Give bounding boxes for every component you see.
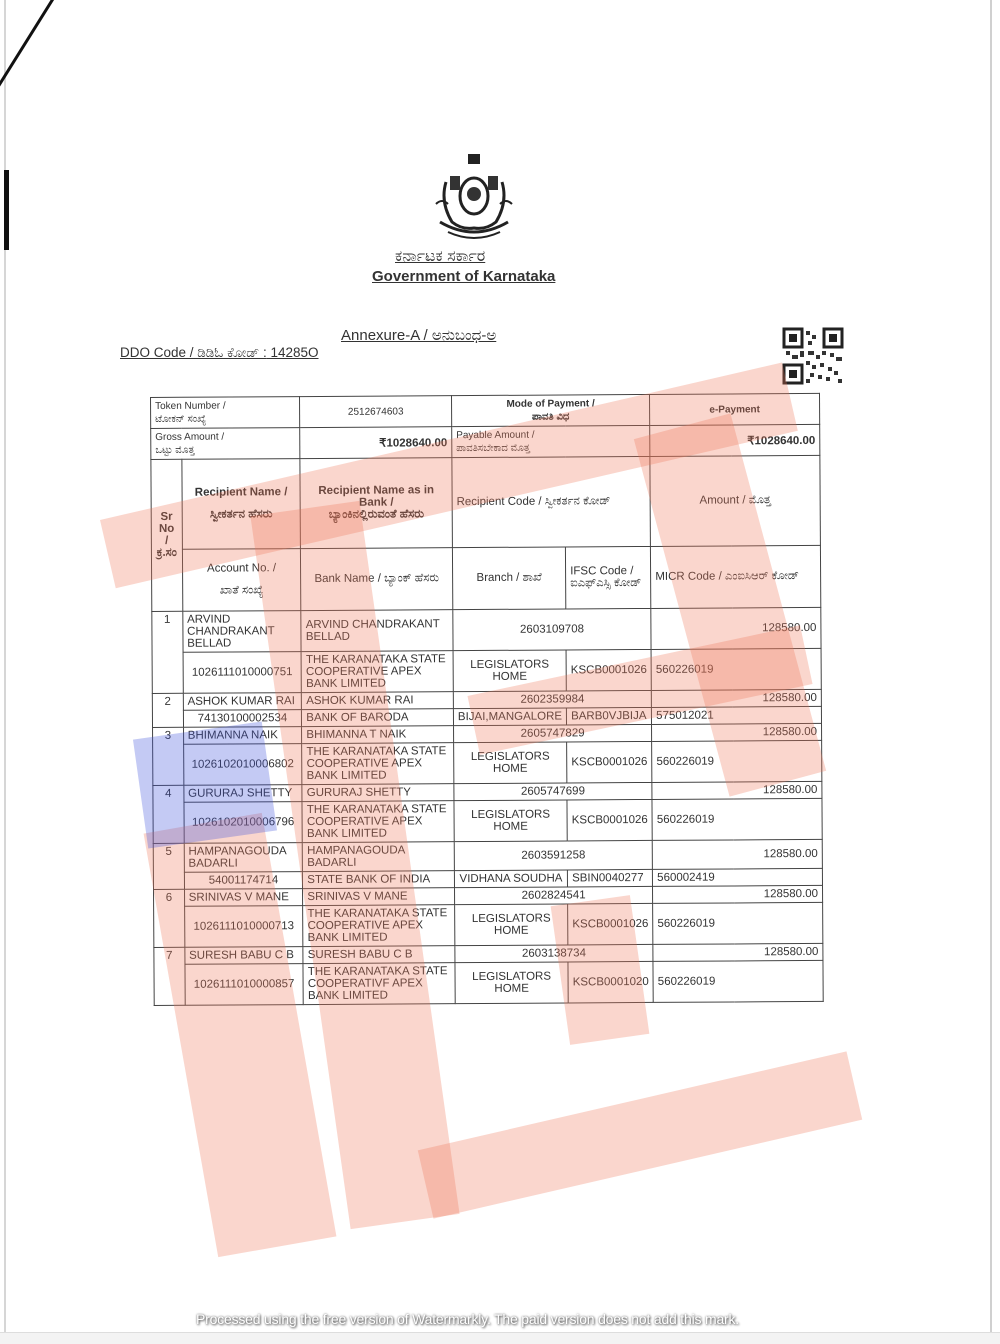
- gross-row: Gross Amount / ಒಟ್ಟು ಮೊತ್ತ ₹1028640.00 P…: [151, 424, 820, 459]
- name-in-bank: BHIMANNA T NAIK: [302, 726, 454, 744]
- branch: LEGISLATORS HOME: [453, 650, 566, 692]
- token-label-kn: ಟೋಕನ್ ಸಂಖ್ಯೆ: [155, 412, 295, 426]
- recipient-name: SRINIVAS V MANE: [184, 889, 303, 907]
- col-bank-name: Bank Name / ಬ್ಯಾಂಕ್ ಹೆಸರು: [301, 548, 453, 611]
- amount: 128580.00: [652, 723, 822, 741]
- micr-code: 560226019: [652, 740, 822, 782]
- ddo-code-value: 14285O: [270, 345, 318, 360]
- sr-no: 7: [154, 947, 185, 1005]
- payable-value: ₹1028640.00: [650, 424, 820, 456]
- bank-name: BANK OF BARODA: [302, 709, 454, 727]
- token-label: Token Number / ಟೋಕನ್ ಸಂಖ್ಯೆ: [151, 397, 301, 429]
- recipient-bank-row: 1026111010000713 THE KARANATAKA STATE CO…: [154, 902, 823, 947]
- recipient-name: SURESH BABU C B: [185, 947, 304, 965]
- account-no: 74130100002534: [183, 710, 302, 728]
- mode-label-kn: ಪಾವತಿ ವಿಧ: [456, 410, 645, 424]
- ddo-code: DDO Code / ಡಿಡಿಓ ಕೋಡ್ : 14285O: [120, 345, 319, 361]
- sr-no: 4: [153, 785, 184, 843]
- gross-label-en: Gross Amount /: [155, 430, 295, 444]
- mode-label: Mode of Payment / ಪಾವತಿ ವಿಧ: [451, 394, 649, 426]
- recipient-row: 5 HAMPANAGOUDA BADARLI HAMPANAGOUDA BADA…: [153, 839, 822, 872]
- branch: BIJAI,MANGALORE: [453, 708, 566, 726]
- government-title-kannada: ಕರ್ನಾಟಕ ಸರ್ಕಾರ: [395, 248, 485, 266]
- scan-fold-mark: [4, 170, 9, 250]
- col-recipient-code: Recipient Code / ಸ್ವೀಕರ್ತನ ಕೋಡ್: [452, 456, 651, 547]
- col-sr-no-sep: /: [156, 535, 178, 547]
- col-sr-no-en: Sr No: [156, 511, 178, 535]
- watermark-notice: Processed using the free version of Wate…: [196, 1311, 739, 1327]
- token-value: 2512674603: [300, 396, 452, 428]
- branch: LEGISLATORS HOME: [454, 800, 567, 842]
- account-no: 1026111010000713: [184, 906, 303, 948]
- viewer-bottom-bar: [0, 1332, 1000, 1344]
- amount: 128580.00: [652, 839, 822, 869]
- col-account-no: Account No. / ಖಾತೆ ಸಂಖ್ಯೆ: [182, 549, 301, 612]
- recipient-rows: 1 ARVIND CHANDRAKANT BELLAD ARVIND CHAND…: [152, 607, 823, 1005]
- gross-label-kn: ಒಟ್ಟು ಮೊತ್ತ: [155, 443, 295, 457]
- bank-name: THE KARANATAKA STATE COOPERATIVE APEX BA…: [301, 651, 453, 693]
- recipient-bank-row: 1026111010000751 THE KARANATAKA STATE CO…: [152, 648, 821, 693]
- col-recipient-name: Recipient Name / ಸ್ವೀಕರ್ತನ ಹೆಸರು: [182, 459, 301, 550]
- recipient-code: 2605747829: [453, 724, 651, 742]
- amount: 128580.00: [653, 943, 823, 961]
- account-no: 1026102010006796: [184, 802, 303, 844]
- micr-code: 560226019: [653, 902, 823, 944]
- bank-name: THE KARANATAKA STATE COOPERATIVE APEX BA…: [302, 743, 454, 785]
- account-no: 1026111010000857: [185, 964, 304, 1006]
- recipient-code: 2603109708: [453, 608, 652, 650]
- col-account-no-en: Account No. /: [187, 562, 297, 575]
- ifsc-code: KSCB0001020: [568, 961, 653, 1003]
- annexure-title: Annexure-A / ಅನುಬಂಧ-ಅ: [341, 327, 496, 344]
- sr-no: 3: [153, 727, 184, 785]
- qr-code-icon: [782, 327, 846, 385]
- micr-code: 560226019: [653, 960, 823, 1002]
- column-header-row-2: Account No. / ಖಾತೆ ಸಂಖ್ಯೆ Bank Name / ಬ್…: [151, 545, 820, 611]
- recipient-name: GURURAJ SHETTY: [184, 785, 303, 803]
- recipient-bank-row: 1026102010006802 THE KARANATAKA STATE CO…: [153, 740, 822, 785]
- col-name-in-bank: Recipient Name as in Bank / ಬ್ಯಾಂಕಿನಲ್ಲಿ…: [300, 458, 452, 549]
- highlight-stripe: [418, 1051, 862, 1218]
- recipient-code: 2603138734: [455, 944, 653, 962]
- account-no: 1026102010006802: [183, 744, 302, 786]
- col-branch: Branch / ಶಾಖೆ: [452, 547, 566, 610]
- micr-code: 575012021: [652, 706, 822, 724]
- recipient-code: 2603591258: [454, 840, 652, 870]
- page-edge-right: [990, 0, 992, 1344]
- bank-name: STATE BANK OF INDIA: [303, 871, 455, 889]
- recipient-row: 1 ARVIND CHANDRAKANT BELLAD ARVIND CHAND…: [152, 607, 821, 652]
- branch: LEGISLATORS HOME: [454, 742, 567, 784]
- col-ifsc: IFSC Code / ಐಎಫ್ಎಸ್ಸಿ ಕೋಡ್: [566, 546, 651, 609]
- col-amount: Amount / ಮೊತ್ತ: [650, 455, 820, 546]
- payable-label-en: Payable Amount /: [456, 428, 645, 442]
- payment-annexure-table: Token Number / ಟೋಕನ್ ಸಂಖ್ಯೆ 2512674603 M…: [150, 393, 824, 1006]
- recipient-code: 2605747699: [454, 782, 652, 800]
- branch: LEGISLATORS HOME: [455, 962, 568, 1004]
- sr-no: 2: [152, 693, 183, 727]
- col-sr-no: Sr No / ಕ್ರ.ಸಂ: [151, 459, 183, 611]
- name-in-bank: ASHOK KUMAR RAI: [302, 692, 454, 710]
- name-in-bank: ARVIND CHANDRAKANT BELLAD: [301, 610, 453, 652]
- col-name-in-bank-en: Recipient Name as in Bank /: [305, 484, 448, 509]
- column-header-row-1: Sr No / ಕ್ರ.ಸಂ Recipient Name / ಸ್ವೀಕರ್ತ…: [151, 455, 821, 549]
- branch: LEGISLATORS HOME: [455, 904, 568, 946]
- ifsc-code: KSCB0001026: [566, 649, 651, 691]
- recipient-code: 2602824541: [454, 886, 652, 904]
- recipient-name: ASHOK KUMAR RAI: [183, 693, 302, 711]
- micr-code: 560226019: [652, 798, 822, 840]
- branch: VIDHANA SOUDHA: [454, 870, 567, 888]
- amount: 128580.00: [652, 781, 822, 799]
- col-recipient-name-en: Recipient Name /: [186, 486, 296, 499]
- gross-label: Gross Amount / ಒಟ್ಟು ಮೊತ್ತ: [151, 428, 301, 460]
- sr-no: 1: [152, 611, 183, 693]
- ifsc-code: KSCB0001026: [567, 799, 652, 841]
- government-title: Government of Karnataka: [372, 268, 555, 285]
- amount: 128580.00: [652, 689, 822, 707]
- ddo-code-label: DDO Code / ಡಿಡಿಓ ಕೋಡ್ :: [120, 345, 267, 360]
- sr-no: 5: [153, 843, 184, 889]
- payable-label-kn: ಪಾವತಿಸಬೇಕಾದ ಮೊತ್ತ: [456, 441, 645, 455]
- token-row: Token Number / ಟೋಕನ್ ಸಂಖ್ಯೆ 2512674603 M…: [151, 393, 820, 428]
- bank-name: THE KARANATAKA STATE COOPERATIVF APEX BA…: [303, 963, 455, 1005]
- recipient-bank-row: 1026102010006796 THE KARANATAKA STATE CO…: [153, 798, 822, 843]
- account-no: 54001174714: [184, 872, 303, 890]
- recipient-name: ARVIND CHANDRAKANT BELLAD: [182, 611, 301, 653]
- recipient-code: 2602359984: [453, 690, 651, 708]
- gross-value: ₹1028640.00: [300, 427, 452, 459]
- token-label-en: Token Number /: [155, 399, 295, 413]
- document-page: ಕರ್ನಾಟಕ ಸರ್ಕಾರ Government of Karnataka A…: [0, 0, 1000, 1344]
- col-recipient-name-kn: ಸ್ವೀಕರ್ತನ ಹೆಸರು: [186, 508, 296, 522]
- name-in-bank: HAMPANAGOUDA BADARLI: [303, 842, 455, 872]
- ifsc-code: SBIN0040277: [568, 869, 653, 887]
- ifsc-code: KSCB0001026: [568, 903, 653, 945]
- col-account-no-kn: ಖಾತೆ ಸಂಖ್ಯೆ: [187, 584, 297, 598]
- sr-no: 6: [154, 889, 185, 947]
- micr-code: 560002419: [653, 868, 823, 886]
- ifsc-code: KSCB0001026: [567, 741, 652, 783]
- payable-label: Payable Amount / ಪಾವತಿಸಬೇಕಾದ ಮೊತ್ತ: [452, 425, 650, 457]
- recipient-name: HAMPANAGOUDA BADARLI: [184, 843, 303, 873]
- bank-name: THE KARANATAKA STATE COOPERATIVE APEX BA…: [302, 801, 454, 843]
- amount: 128580.00: [651, 607, 821, 649]
- micr-code: 560226019: [651, 648, 821, 690]
- name-in-bank: SRINIVAS V MANE: [303, 888, 455, 906]
- amount: 128580.00: [653, 885, 823, 903]
- col-name-in-bank-kn: ಬ್ಯಾಂಕಿನಲ್ಲಿರುವಂತೆ ಹೆಸರು: [305, 508, 448, 522]
- account-no: 1026111010000751: [183, 652, 302, 694]
- col-sr-no-kn: ಕ್ರ.ಸಂ: [156, 547, 178, 560]
- col-micr: MICR Code / ಎಂಐಸಿಆರ್ ಕೋಡ್: [651, 545, 821, 608]
- karnataka-emblem-icon: [426, 152, 522, 248]
- bank-name: THE KARANATAKA STATE COOPERATIVE APEX BA…: [303, 905, 455, 947]
- mode-label-en: Mode of Payment /: [456, 397, 645, 411]
- scan-fold-mark: [0, 0, 70, 97]
- name-in-bank: SURESH BABU C B: [303, 946, 455, 964]
- recipient-bank-row: 1026111010000857 THE KARANATAKA STATE CO…: [154, 960, 823, 1005]
- mode-value: e-Payment: [650, 393, 820, 425]
- recipient-name: BHIMANNA NAIK: [183, 727, 302, 745]
- name-in-bank: GURURAJ SHETTY: [302, 784, 454, 802]
- ifsc-code: BARB0VJBIJA: [567, 707, 652, 725]
